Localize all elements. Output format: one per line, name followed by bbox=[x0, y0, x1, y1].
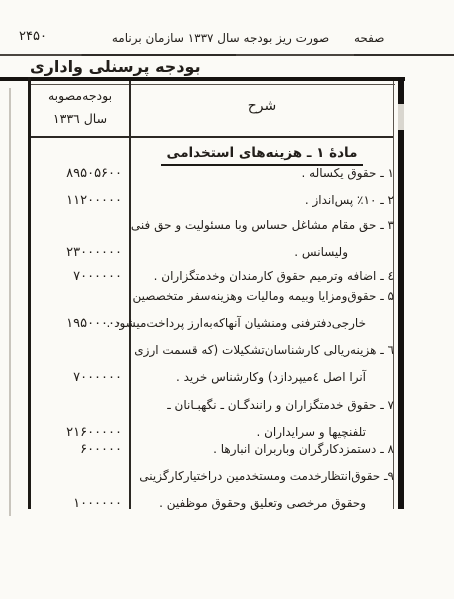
row-description-line: ۲ ـ ۱۰٪ پس‌انداز . bbox=[131, 191, 394, 209]
table-border-top-inner bbox=[29, 84, 395, 85]
table-row: ۶۰۰۰۰۰ ۸ ـ دستمزدکارگران وباربران انباره… bbox=[131, 440, 394, 458]
page-number: ۲۴۵۰ bbox=[19, 29, 47, 44]
table-row: ۲۱۶۰۰۰۰۰ ۷ ـ حقوق خدمتگزاران و رانندگـان… bbox=[131, 396, 394, 441]
row-description-line: ولیسانس . bbox=[131, 243, 394, 261]
page-label: صفحه bbox=[354, 31, 384, 45]
value-column-header-line1: بودجه‌مصوبه bbox=[31, 88, 129, 103]
row-amount: ۲۳۰۰۰۰۰۰ bbox=[34, 245, 122, 260]
table-header-separator bbox=[31, 136, 393, 138]
page-edge-shadow bbox=[9, 88, 11, 516]
table-row: ۲۳۰۰۰۰۰۰ ۳ ـ حق مقام مشاغل حساس وبا مسئو… bbox=[131, 216, 394, 261]
row-description-line: تلفنچیها و سرایداران . bbox=[131, 423, 394, 441]
row-description-line: ۵ ـ حقوق‌ومزایا وبیمه ومالیات وهزینه‌سفر… bbox=[131, 287, 394, 305]
row-description-line: آنرا اصل ٤میپردازد) وکارشناس خرید . bbox=[131, 368, 394, 386]
section-heading: مادۀ ۱ ـ هزینه‌های استخدامی bbox=[161, 145, 364, 166]
row-amount: ۱۱۲۰۰۰۰۰ bbox=[34, 193, 122, 208]
row-amount: ۱۹۵۰۰۰۰۰ bbox=[34, 316, 122, 331]
row-amount: ۲۱۶۰۰۰۰۰ bbox=[34, 425, 122, 440]
table-border-top bbox=[0, 77, 405, 81]
row-description-line: خارجی‌دفترفنی ومنشیان آنهاکه‌به‌ارز پردا… bbox=[131, 314, 394, 332]
row-description-line: وحقوق مرخصی وتعلیق وحقوق موظفین . bbox=[131, 494, 394, 512]
table-row: ۱۹۵۰۰۰۰۰ ۵ ـ حقوق‌ومزایا وبیمه ومالیات و… bbox=[131, 287, 394, 332]
row-amount: ۶۰۰۰۰۰ bbox=[34, 442, 122, 457]
row-amount: ۸۹۵۰۵۶۰۰ bbox=[34, 166, 122, 181]
masthead-divider bbox=[0, 54, 454, 56]
row-description-line: ٦ ـ هزینه‌ریالی کارشناسان‌تشکیلات (که قس… bbox=[131, 341, 394, 359]
scan-artifact-gap bbox=[398, 104, 404, 130]
table-border-right bbox=[398, 77, 404, 509]
row-description-line: ۳ ـ حق مقام مشاغل حساس وبا مسئولیت و حق … bbox=[131, 216, 394, 234]
row-amount: ۷۰۰۰۰۰۰ bbox=[34, 269, 122, 284]
row-description-line: ٤ ـ اضافه وترمیم حقوق کارمندان وخدمتگزار… bbox=[131, 267, 394, 285]
table-row: ۱۱۲۰۰۰۰۰ ۲ ـ ۱۰٪ پس‌انداز . bbox=[131, 191, 394, 209]
row-amount: ۷۰۰۰۰۰۰ bbox=[34, 370, 122, 385]
row-description-line: ۷ ـ حقوق خدمتگزاران و رانندگـان ـ نگهبـا… bbox=[131, 396, 394, 414]
table-row: ۷۰۰۰۰۰۰ ٦ ـ هزینه‌ریالی کارشناسان‌تشکیلا… bbox=[131, 341, 394, 386]
row-description-line: ۹ـ حقوق‌انتظارخدمت ومستخدمین دراختیارکار… bbox=[131, 467, 394, 485]
table-row: ۱۰۰۰۰۰۰ ۹ـ حقوق‌انتظارخدمت ومستخدمین درا… bbox=[131, 467, 394, 512]
row-description-line: ۸ ـ دستمزدکارگران وباربران انبارها . bbox=[131, 440, 394, 458]
document-title: صورت ریز بودجه سال ۱۳۳۷ سازمان برنامه bbox=[88, 31, 353, 45]
description-column-header: شرح bbox=[131, 98, 393, 114]
table-border-left bbox=[28, 77, 31, 509]
value-column-header-line2: سال ۱۳۳٦ bbox=[31, 111, 129, 126]
table-row: ۸۹۵۰۵۶۰۰ ۱ ـ حقوق یکساله . bbox=[131, 164, 394, 182]
document-page: ۲۴۵۰ صورت ریز بودجه سال ۱۳۳۷ سازمان برنا… bbox=[0, 0, 454, 599]
row-amount: ۱۰۰۰۰۰۰ bbox=[34, 496, 122, 511]
document-subtitle: بودجه پرسنلی واداری bbox=[30, 57, 201, 76]
table-row: ۷۰۰۰۰۰۰ ٤ ـ اضافه وترمیم حقوق کارمندان و… bbox=[131, 267, 394, 285]
section-heading-wrap: مادۀ ۱ ـ هزینه‌های استخدامی bbox=[131, 142, 393, 166]
row-description-line: ۱ ـ حقوق یکساله . bbox=[131, 164, 394, 182]
